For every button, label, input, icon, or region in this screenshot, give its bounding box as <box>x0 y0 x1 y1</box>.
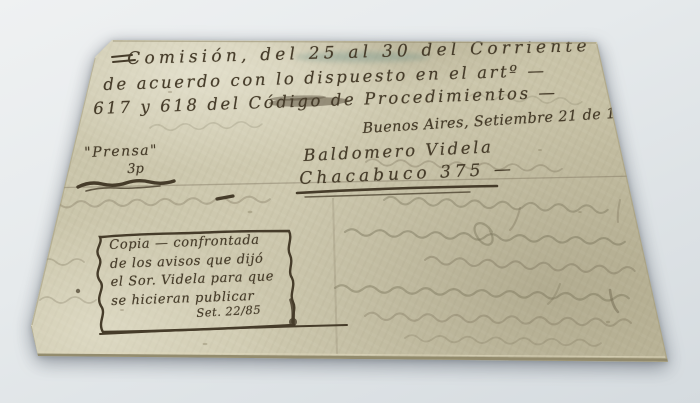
margin-note-title: "Prensa" <box>84 142 158 161</box>
dateline: Buenos Aires, Setiembre 21 de 1885. <box>362 104 650 137</box>
margin-note-quantity: 3p <box>127 161 144 177</box>
ink-dot <box>76 289 80 293</box>
boxed-note-text: Copia — confrontada de los avisos que di… <box>109 231 275 311</box>
paper-bottom-edge <box>36 355 668 360</box>
boxed-note-date: Set. 22/85 <box>196 303 261 320</box>
paper-shadow: Comisión, del 25 al 30 del Corriente de … <box>0 0 700 403</box>
manuscript-paper: Comisión, del 25 al 30 del Corriente de … <box>0 0 700 403</box>
photo-background: Comisión, del 25 al 30 del Corriente de … <box>0 0 700 403</box>
